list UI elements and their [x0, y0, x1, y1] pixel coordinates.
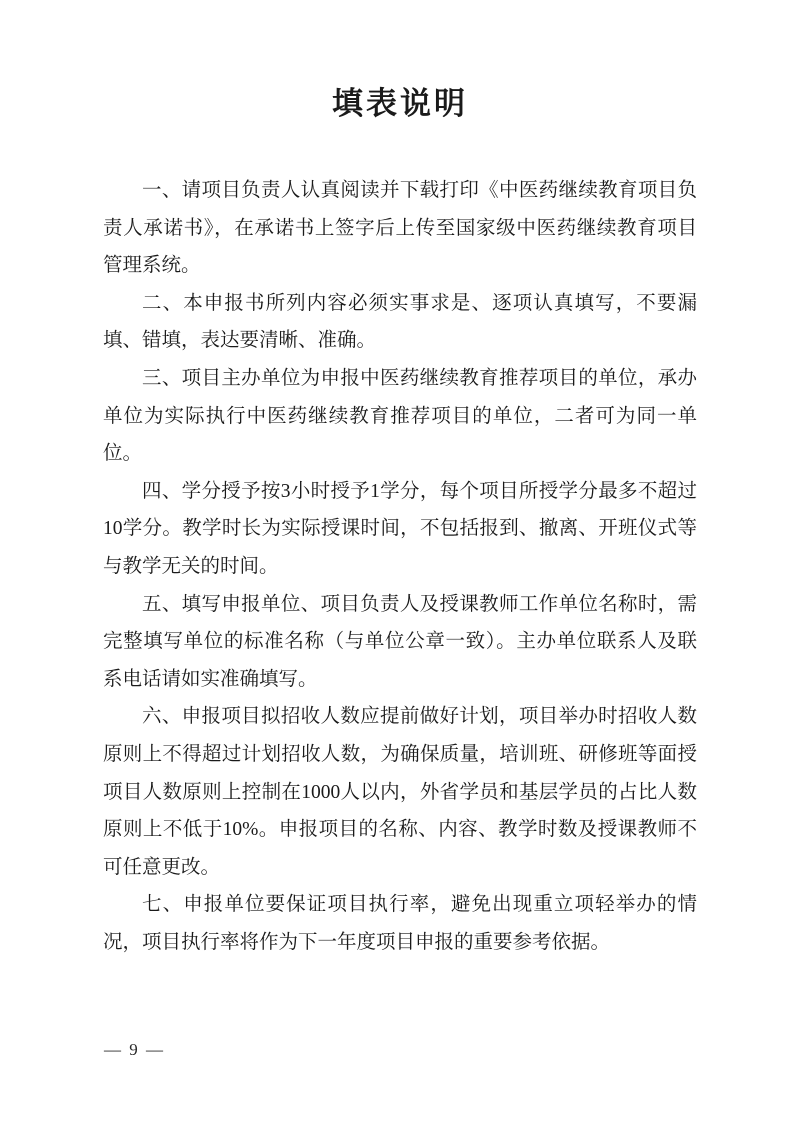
instruction-paragraph-1: 一、请项目负责人认真阅读并下载打印《中医药继续教育项目负责人承诺书》，在承诺书上…	[103, 172, 697, 285]
instruction-paragraph-2: 二、本申报书所列内容必须实事求是、逐项认真填写，不要漏填、错填，表达要清晰、准确…	[103, 285, 697, 360]
instruction-paragraph-3: 三、项目主办单位为申报中医药继续教育推荐项目的单位，承办单位为实际执行中医药继续…	[103, 360, 697, 473]
instruction-paragraph-6: 六、申报项目拟招收人数应提前做好计划，项目举办时招收人数原则上不得超过计划招收人…	[103, 698, 697, 886]
instruction-paragraph-4: 四、学分授予按3小时授予1学分，每个项目所授学分最多不超过10学分。教学时长为实…	[103, 473, 697, 586]
document-page: 填表说明 一、请项目负责人认真阅读并下载打印《中医药继续教育项目负责人承诺书》，…	[0, 0, 800, 1131]
page-title: 填表说明	[0, 84, 800, 124]
instructions-body: 一、请项目负责人认真阅读并下载打印《中医药继续教育项目负责人承诺书》，在承诺书上…	[103, 172, 697, 961]
instruction-paragraph-5: 五、填写申报单位、项目负责人及授课教师工作单位名称时，需完整填写单位的标准名称（…	[103, 586, 697, 699]
page-number: — 9 —	[104, 1040, 165, 1060]
instruction-paragraph-7: 七、申报单位要保证项目执行率，避免出现重立项轻举办的情况，项目执行率将作为下一年…	[103, 886, 697, 961]
